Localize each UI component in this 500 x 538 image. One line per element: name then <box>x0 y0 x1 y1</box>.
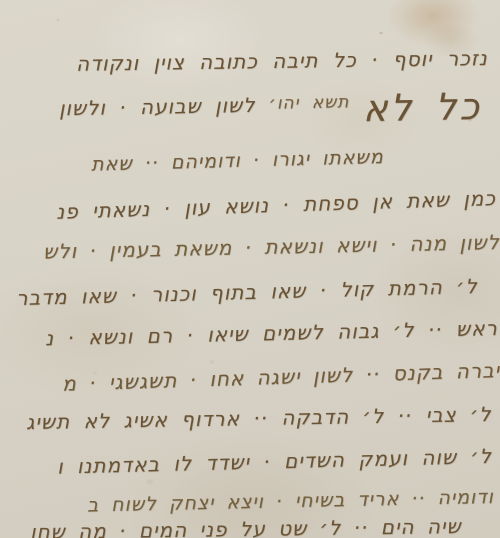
line2-rest-words: לשון שבועה · ולשון <box>59 93 256 120</box>
manuscript-line-4: כמן שאת אן ספחת · נושא עון · נשאתי פנ <box>56 186 496 224</box>
manuscript-line-3: משאתו יגורו · ודומיהם ·· שאת <box>91 146 384 176</box>
line2-large-words: כל לא <box>363 85 483 130</box>
line2-raised-words: תשא יהו׳ <box>269 92 350 113</box>
manuscript-line-12: שיה הים ·· ל׳ שט על פני המים · מה שחו <box>30 514 462 538</box>
manuscript-line-1: נזכר יוסף · כל תיבה כתובה צוין ונקודה <box>76 46 488 76</box>
manuscript-line-10: ל׳ שוה ועמק השדים · ישדד לו באדמתנו ו <box>57 444 492 479</box>
manuscript-text: נזכר יוסף · כל תיבה כתובה צוין ונקודה כל… <box>0 0 500 538</box>
manuscript-line-7: ראש ·· ל׳ גבוה לשמים שיאו · רם ונשא · נ <box>45 316 498 350</box>
manuscript-line-11: ודומיה ·· אריד בשיחי · ויצא יצחק לשוח ב <box>87 486 494 517</box>
manuscript-line-2: כל לא תשא יהו׳ לשון שבועה · ולשון <box>59 88 483 132</box>
manuscript-line-6: ל׳ הרמת קול · שאו בתוף וכנור · שאו מדבר <box>16 274 478 310</box>
manuscript-line-5: לשון מנה · וישא ונשאת · משאת בעמין · ולש <box>43 230 500 264</box>
manuscript-page: נזכר יוסף · כל תיבה כתובה צוין ונקודה כל… <box>0 0 500 538</box>
manuscript-line-8: יברה בקנס ·· לשון ישגה אחו · תשגשגי · מ <box>62 358 500 396</box>
manuscript-line-9: ל׳ צבי ·· ל׳ הדבקה ·· ארדוף אשיג לא תשיג <box>26 402 492 434</box>
